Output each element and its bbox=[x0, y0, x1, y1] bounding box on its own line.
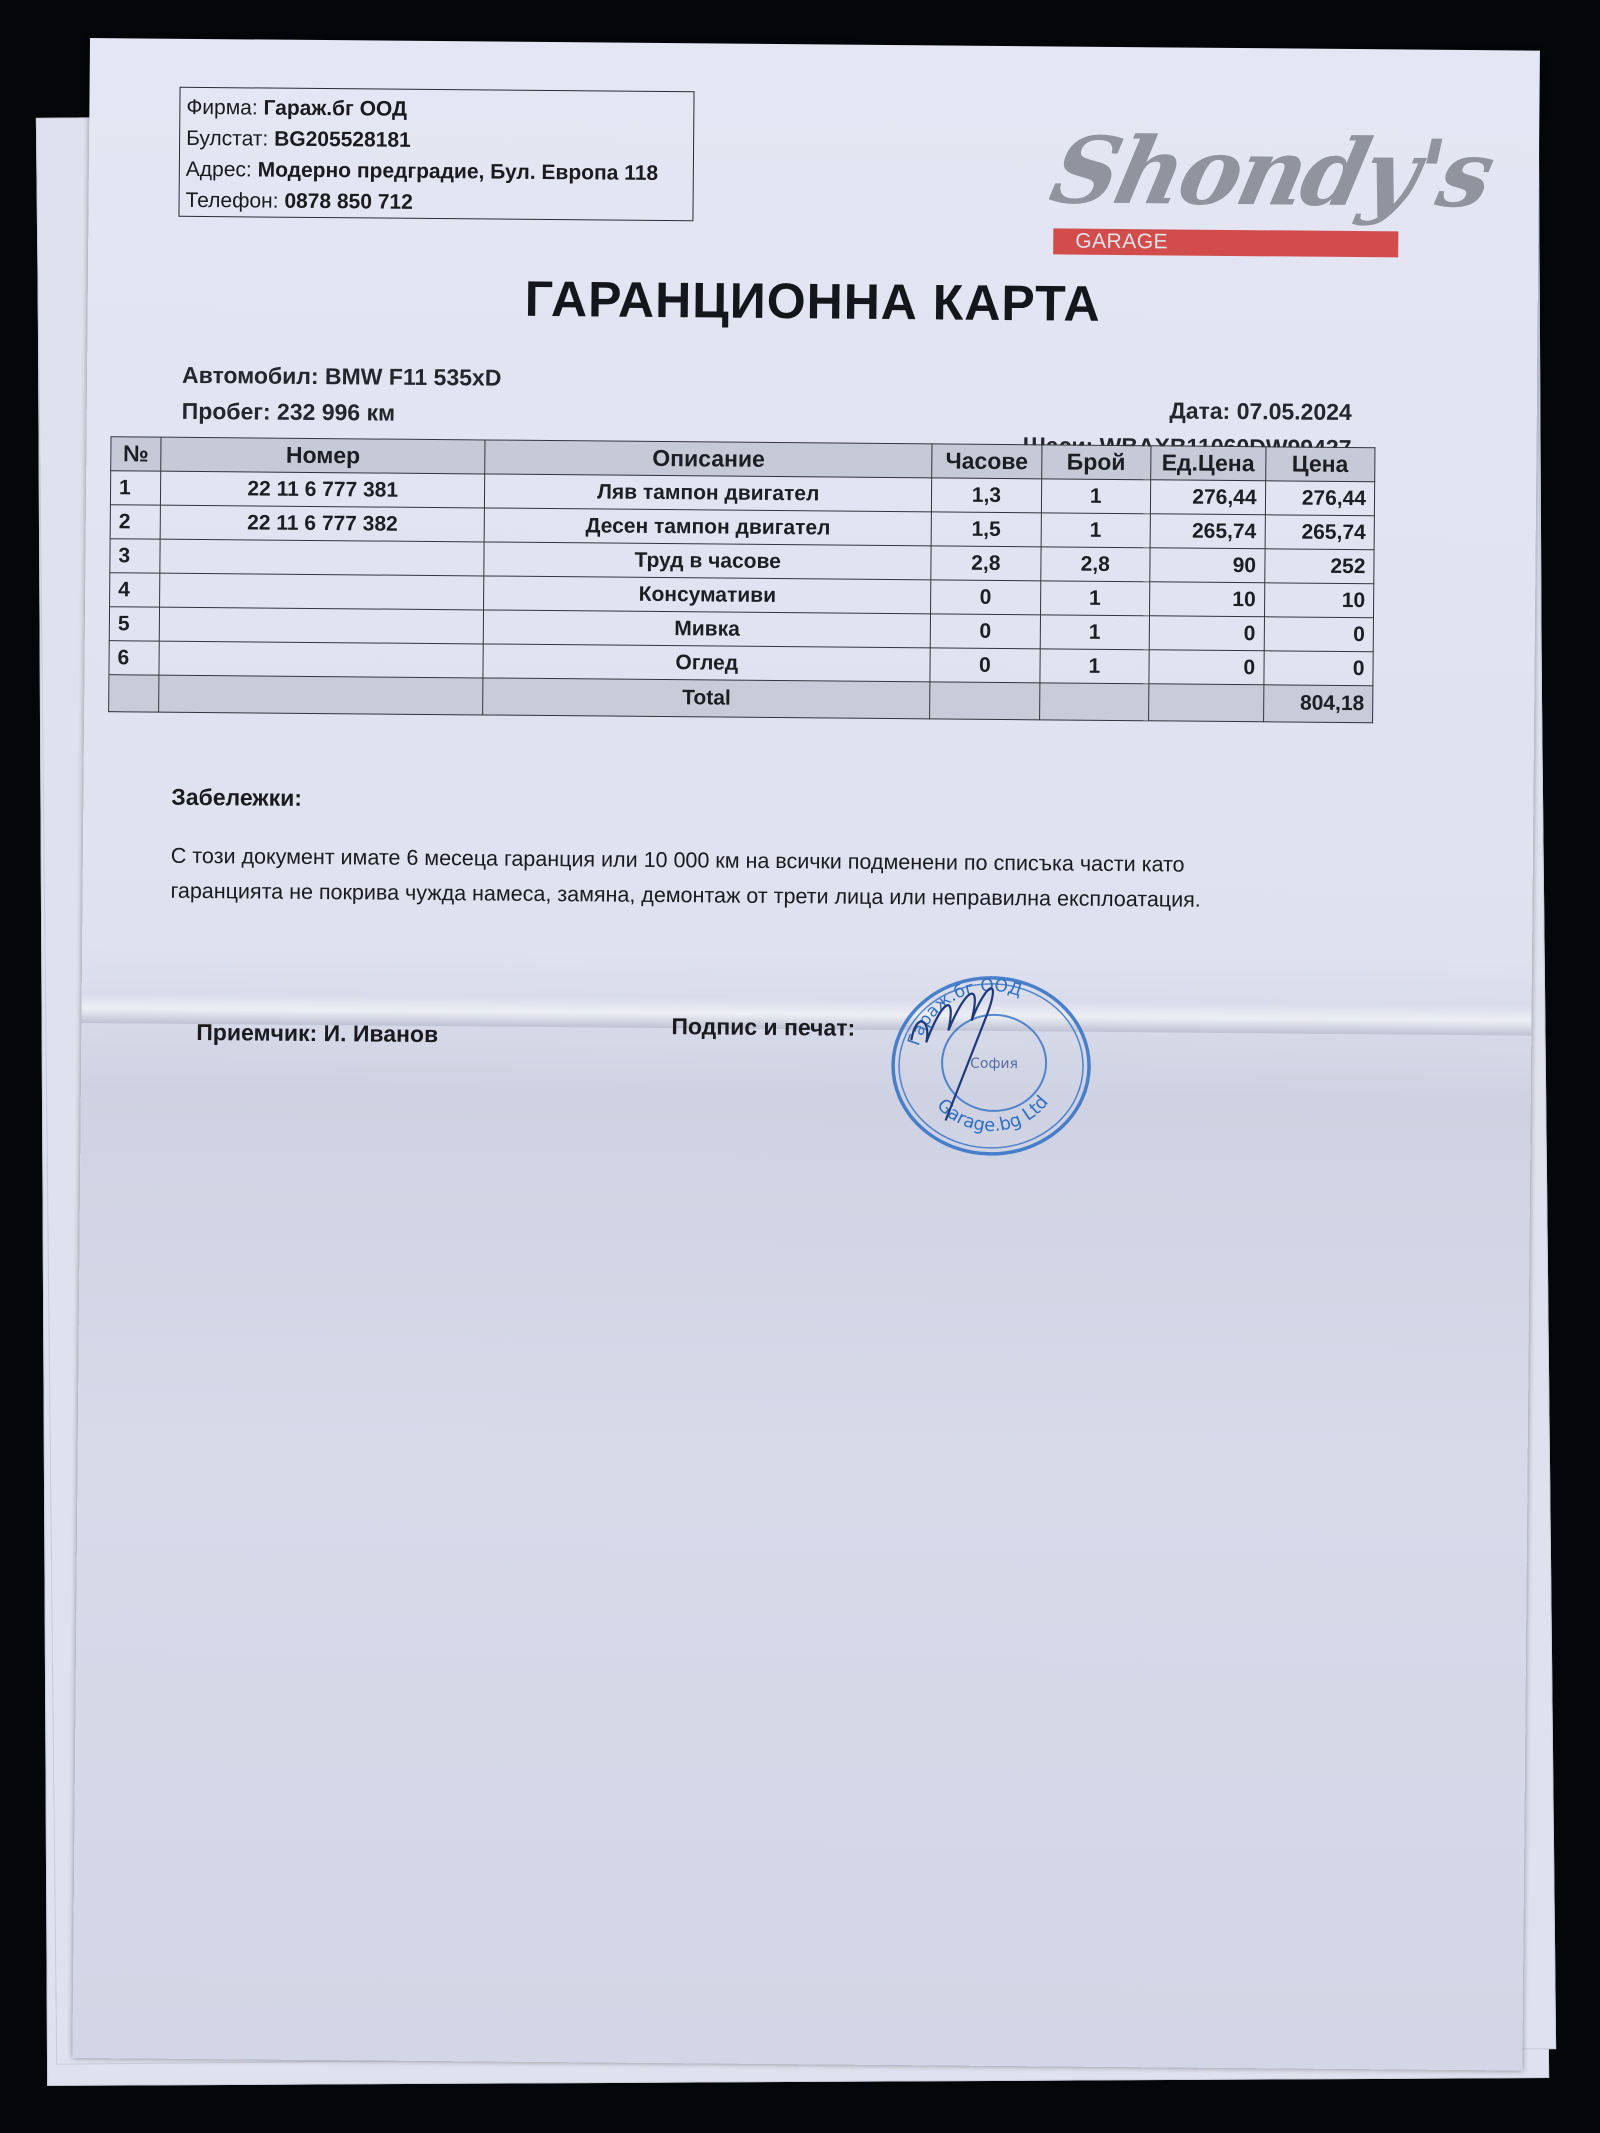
logo-script-text: Shondy's bbox=[1042, 117, 1501, 229]
company-bulstat: Булстат: BG205528181 bbox=[186, 123, 687, 158]
header-price: Цена bbox=[1265, 447, 1375, 482]
part-number bbox=[160, 573, 484, 610]
price: 10 bbox=[1264, 583, 1374, 618]
row-number: 3 bbox=[110, 539, 160, 573]
vehicle-model: Автомобил: BMW F11 535xD bbox=[182, 357, 502, 396]
receiver-name: Приемчик: И. Иванов bbox=[196, 1019, 438, 1048]
part-number bbox=[159, 607, 483, 644]
row-number: 1 bbox=[110, 471, 160, 505]
price: 276,44 bbox=[1265, 481, 1375, 516]
quantity: 1 bbox=[1040, 581, 1150, 616]
part-number: 22 11 6 777 382 bbox=[160, 505, 484, 542]
company-phone: Телефон: 0878 850 712 bbox=[185, 185, 686, 220]
quantity: 1 bbox=[1040, 615, 1150, 650]
shondys-garage-logo: GARAGE Shondy's bbox=[1043, 116, 1414, 259]
header-part-number: Номер bbox=[161, 437, 485, 474]
unit-price: 265,74 bbox=[1150, 514, 1265, 549]
warranty-card-document: Фирма: Гараж.бг ООД Булстат: BG205528181… bbox=[72, 38, 1540, 2071]
total-label: Total bbox=[483, 678, 930, 719]
stamp-top-text: Гараж.бг ООД bbox=[904, 975, 1024, 1049]
total-empty-cell bbox=[109, 675, 159, 712]
company-info-box: Фирма: Гараж.бг ООД Булстат: BG205528181… bbox=[178, 87, 694, 221]
price: 0 bbox=[1263, 651, 1373, 686]
company-stamp-icon: Гараж.бг ООД Garage.bg Ltd София bbox=[885, 970, 1097, 1162]
logo-red-bar: GARAGE bbox=[1053, 228, 1398, 257]
hours: 1,3 bbox=[932, 478, 1042, 513]
header-no: № bbox=[111, 437, 161, 471]
quantity: 1 bbox=[1041, 479, 1151, 514]
stamp-bottom-text: Garage.bg Ltd bbox=[932, 1091, 1052, 1137]
unit-price: 0 bbox=[1149, 616, 1264, 651]
vehicle-info: Автомобил: BMW F11 535xD Пробег: 232 996… bbox=[182, 357, 502, 432]
header-unit-price: Ед.Цена bbox=[1151, 446, 1266, 481]
header-hours: Часове bbox=[932, 444, 1042, 479]
hours: 0 bbox=[931, 580, 1041, 615]
quantity: 2,8 bbox=[1040, 547, 1150, 582]
svg-text:Гараж.бг ООД: Гараж.бг ООД bbox=[904, 975, 1024, 1049]
total-empty-cell bbox=[1149, 684, 1264, 722]
hours: 2,8 bbox=[931, 546, 1041, 581]
part-number: 22 11 6 777 381 bbox=[161, 471, 485, 508]
company-firm: Фирма: Гараж.бг ООД bbox=[186, 92, 687, 127]
hours: 0 bbox=[930, 614, 1040, 649]
document-title: ГАРАНЦИОННА КАРТА bbox=[88, 266, 1538, 337]
header-description: Описание bbox=[485, 440, 932, 478]
hours: 0 bbox=[930, 648, 1040, 683]
description: Оглед bbox=[483, 644, 930, 682]
company-address: Адрес: Модерно предградие, Бул. Европа 1… bbox=[186, 154, 687, 189]
total-empty-cell bbox=[1039, 683, 1149, 721]
quantity: 1 bbox=[1040, 649, 1150, 684]
header-quantity: Брой bbox=[1041, 445, 1151, 480]
total-empty-cell bbox=[159, 675, 483, 715]
notes-text: С този документ имате 6 месеца гаранция … bbox=[170, 839, 1281, 919]
unit-price: 0 bbox=[1149, 650, 1264, 685]
vehicle-mileage: Пробег: 232 996 км bbox=[182, 393, 502, 432]
unit-price: 90 bbox=[1150, 548, 1265, 583]
description: Труд в часове bbox=[484, 542, 931, 580]
items-table: № Номер Описание Часове Брой Ед.Цена Цен… bbox=[108, 436, 1375, 723]
total-empty-cell bbox=[930, 682, 1040, 720]
row-number: 6 bbox=[109, 641, 159, 675]
price: 252 bbox=[1264, 549, 1374, 584]
signature-label: Подпис и печат: bbox=[671, 1013, 855, 1042]
row-number: 5 bbox=[109, 607, 159, 641]
part-number bbox=[160, 539, 484, 576]
unit-price: 276,44 bbox=[1150, 480, 1265, 515]
row-number: 4 bbox=[110, 573, 160, 607]
document-date: Дата: 07.05.2024 bbox=[1023, 391, 1352, 430]
total-value: 804,18 bbox=[1263, 685, 1373, 723]
stamp-center-text: София bbox=[970, 1056, 1018, 1072]
description: Десен тампон двигател bbox=[484, 508, 931, 546]
quantity: 1 bbox=[1041, 513, 1151, 548]
price: 265,74 bbox=[1265, 515, 1375, 550]
description: Консумативи bbox=[484, 576, 931, 614]
hours: 1,5 bbox=[931, 512, 1041, 547]
description: Мивка bbox=[484, 610, 931, 648]
part-number bbox=[159, 641, 483, 678]
description: Ляв тампон двигател bbox=[485, 474, 932, 512]
svg-text:Garage.bg Ltd: Garage.bg Ltd bbox=[932, 1091, 1052, 1137]
notes-heading: Забележки: bbox=[171, 784, 302, 812]
row-number: 2 bbox=[110, 505, 160, 539]
unit-price: 10 bbox=[1150, 582, 1265, 617]
price: 0 bbox=[1264, 617, 1374, 652]
